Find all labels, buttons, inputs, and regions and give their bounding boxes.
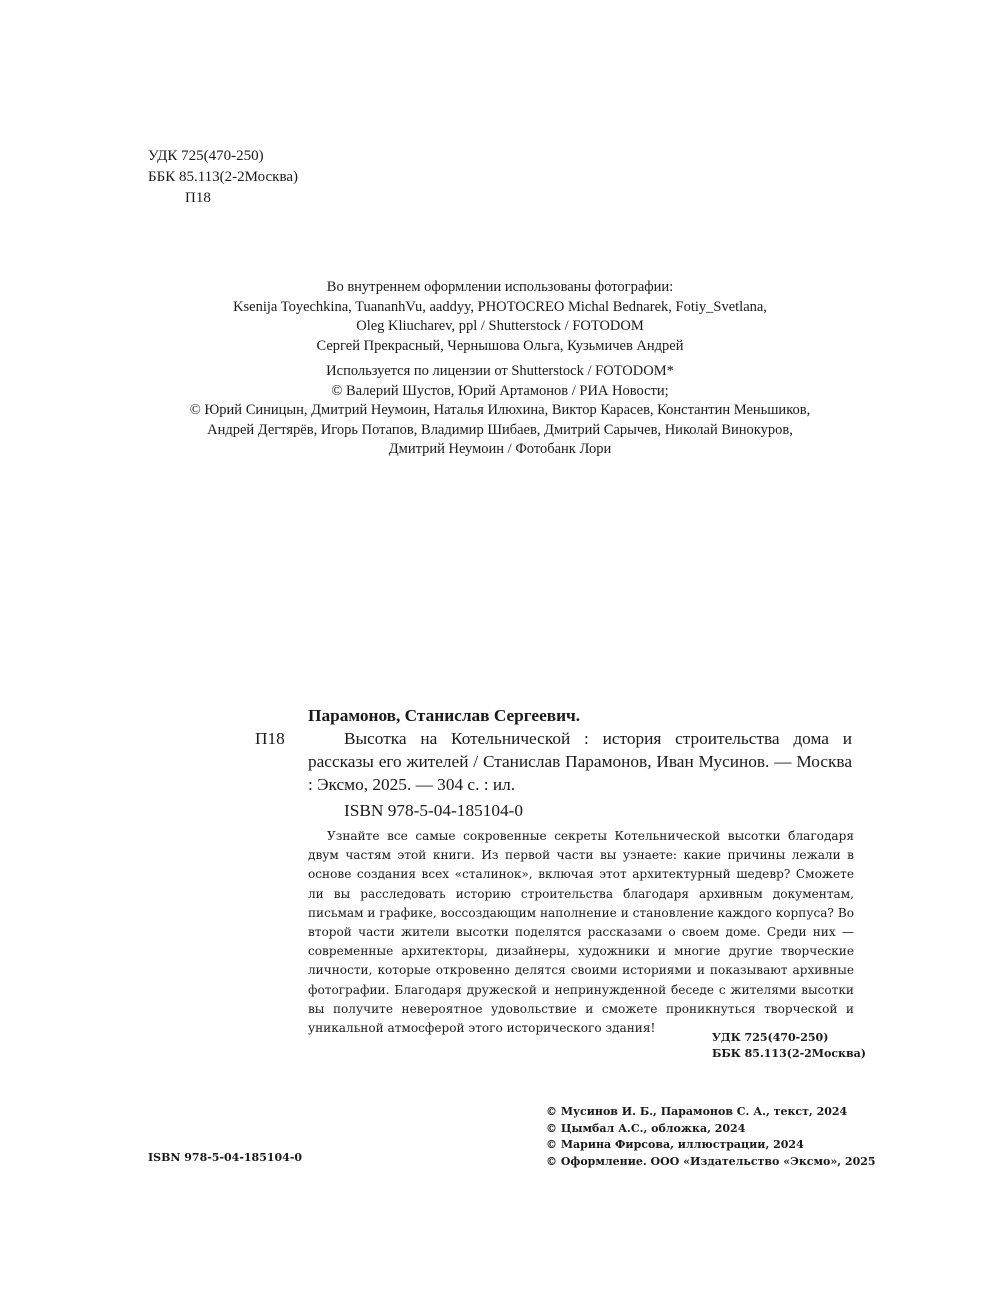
credits-line: Во внутреннем оформлении использованы фо… bbox=[150, 278, 850, 298]
author-mark: П18 bbox=[148, 188, 298, 209]
photo-credits-block-2: Используется по лицензии от Shutterstock… bbox=[150, 362, 850, 460]
copyright-line: © Мусинов И. Б., Парамонов С. А., текст,… bbox=[546, 1104, 876, 1121]
copyright-block: © Мусинов И. Б., Парамонов С. А., текст,… bbox=[546, 1104, 876, 1170]
bbk-code: ББК 85.113(2-2Москва) bbox=[148, 167, 298, 188]
book-author: Парамонов, Станислав Сергеевич. bbox=[255, 704, 852, 727]
credits-line: Сергей Прекрасный, Чернышова Ольга, Кузь… bbox=[150, 337, 850, 357]
isbn-main: ISBN 978-5-04-185104-0 bbox=[344, 801, 523, 821]
bib-code: П18 bbox=[255, 727, 308, 796]
credits-line: Андрей Дегтярёв, Игорь Потапов, Владимир… bbox=[150, 421, 850, 441]
classification-bottom: УДК 725(470-250) ББК 85.113(2-2Москва) bbox=[712, 1030, 866, 1062]
bib-description: Высотка на Котельнической : история стро… bbox=[308, 727, 852, 796]
credits-line: Oleg Kliucharev, ppl / Shutterstock / FO… bbox=[150, 317, 850, 337]
bibliographic-record: Парамонов, Станислав Сергеевич. П18 Высо… bbox=[255, 704, 852, 796]
isbn-bottom: ISBN 978-5-04-185104-0 bbox=[148, 1151, 302, 1164]
copyright-line: © Марина Фирсова, иллюстрации, 2024 bbox=[546, 1137, 876, 1154]
classification-top: УДК 725(470-250) ББК 85.113(2-2Москва) П… bbox=[148, 146, 298, 209]
credits-line: Дмитрий Неумоин / Фотобанк Лори bbox=[150, 440, 850, 460]
credits-line: © Валерий Шустов, Юрий Артамонов / РИА Н… bbox=[150, 382, 850, 402]
credits-line: Ksenija Toyechkina, TuananhVu, aaddyy, P… bbox=[150, 298, 850, 318]
udk-code: УДК 725(470-250) bbox=[148, 146, 298, 167]
credits-line: © Юрий Синицын, Дмитрий Неумоин, Наталья… bbox=[150, 401, 850, 421]
photo-credits-block-1: Во внутреннем оформлении использованы фо… bbox=[150, 278, 850, 356]
copyright-line: © Цымбал А.С., обложка, 2024 bbox=[546, 1121, 876, 1138]
udk-code-bottom: УДК 725(470-250) bbox=[712, 1030, 866, 1046]
annotation: Узнайте все самые сокровенные секреты Ко… bbox=[308, 827, 854, 1038]
bbk-code-bottom: ББК 85.113(2-2Москва) bbox=[712, 1046, 866, 1062]
copyright-line: © Оформление. ООО «Издательство «Эксмо»,… bbox=[546, 1154, 876, 1171]
credits-line: Используется по лицензии от Shutterstock… bbox=[150, 362, 850, 382]
